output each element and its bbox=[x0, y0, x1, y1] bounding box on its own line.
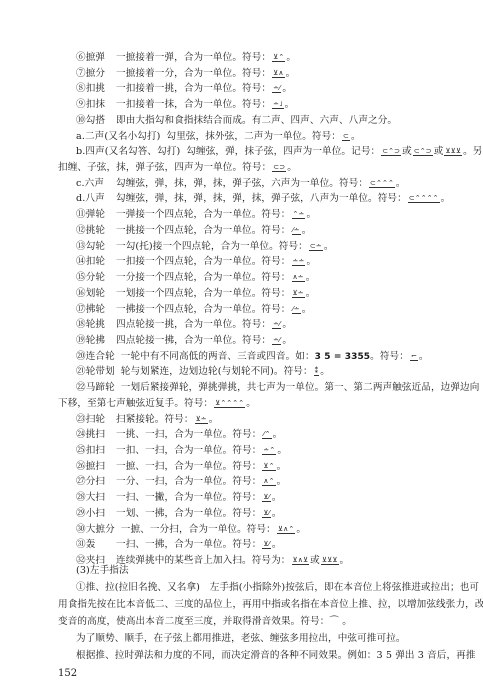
text-line: 变音的高度，使高出本音二度至三度，并取得滑音效果。符号：⌒ 。 bbox=[58, 616, 352, 628]
fingering-symbol-icon: ⊻∧⌃ bbox=[277, 525, 295, 534]
fingering-symbol-icon: ⊻⁄ bbox=[262, 540, 271, 549]
fingering-symbol-icon: ⊻⊻⊻ bbox=[321, 556, 339, 565]
fingering-symbol-icon: ⊻⌃⌃⌃⌃ bbox=[214, 399, 245, 408]
description-text: 一摭、一分扫，合为一单位。符号： bbox=[121, 524, 276, 535]
fingering-symbol-icon: ⌐ bbox=[410, 352, 418, 361]
text-line: 根据推、拉时弹法和力度的不同，而决定滑音的各种不同效果。例如：3 5 弹出 3 … bbox=[76, 650, 476, 662]
document-page: ⑥摭弹一摭接着一弹，合为一单位。符号：⊻⌃。⑦摭分一摭接着一分，合为一单位。符号… bbox=[0, 0, 483, 690]
punct: 。 bbox=[324, 241, 334, 252]
term-label: ㉙小扫 bbox=[76, 508, 110, 520]
punct: 。 bbox=[277, 461, 287, 472]
fingering-symbol-icon: ⁑ bbox=[314, 367, 320, 376]
punct: 。 bbox=[282, 83, 292, 94]
punct: 。 bbox=[286, 68, 296, 79]
text-line: ⑮分轮一分接一个四点轮，合为一单位。符号：∧∸。 bbox=[76, 272, 315, 284]
term-label: ㉕扣扫 bbox=[76, 445, 110, 457]
description-text: 勾里弦，抹外弦，二声为一单位。符号： bbox=[167, 131, 342, 142]
description-text: 一扣、一扫，合为一单位。符号： bbox=[116, 445, 261, 456]
text-line: ㉙小扫一划、一拂，合为一单位。符号：⊻⁄。 bbox=[76, 508, 282, 520]
fingering-symbol-icon: ⊻∸ bbox=[195, 415, 208, 424]
description-text: 一分、一扫，合为一单位。符号： bbox=[116, 476, 261, 487]
text-line: 扣缠、子弦，抹，弹子弦，四声为一单位。符号：⊂⊃。 bbox=[58, 162, 297, 174]
description-text: 扣缠、子弦，抹，弹子弦，四声为一单位。符号： bbox=[58, 162, 271, 173]
text-line: ㉔挑扫一挑、一扫，合为一单位。符号：⁄⌃。 bbox=[76, 429, 282, 441]
fingering-symbol-icon: ⊻⌃ bbox=[262, 462, 275, 471]
text-line: ⑰拂轮一拂接一个四点轮，合为一单位。符号：⁄∸。 bbox=[76, 304, 311, 316]
term-label: ㉖摭扫 bbox=[76, 461, 110, 473]
fingering-symbol-icon: ⁄∸ bbox=[292, 305, 301, 314]
punct: 。 bbox=[272, 492, 282, 503]
punct: 。 bbox=[306, 288, 316, 299]
punct: 。 bbox=[209, 414, 219, 425]
description-text: 勾缠弦，弹，抹，弹，抹，弹子弦，六声为一单位。符号： bbox=[116, 178, 368, 189]
fingering-symbol-icon: ∸⁄ bbox=[272, 84, 281, 93]
punct: 。另有 bbox=[463, 146, 483, 157]
text-line: ㉛轰一扫、一拂，合为一单位。符号：⊻⁄。 bbox=[76, 539, 282, 551]
description-text: 一挑接一个四点轮，合为一单位。符号： bbox=[116, 225, 291, 236]
fingering-symbol-icon: ⁄⌃ bbox=[262, 430, 271, 439]
punct: 。 bbox=[441, 193, 451, 204]
text-line: ㉚大摭分一摭、一分扫，合为一单位。符号：⊻∧⌃。 bbox=[76, 524, 306, 536]
punct: 。 bbox=[306, 256, 316, 267]
punct: 。 bbox=[277, 445, 287, 456]
term-label: ㉔挑扫 bbox=[76, 429, 110, 441]
term-label: ㉘大扫 bbox=[76, 492, 110, 504]
term-label: ⑭扣轮 bbox=[76, 256, 110, 268]
text-line: ㉖摭扫一摭、一扫，合为一单位。符号：⊻⌃。 bbox=[76, 461, 286, 473]
term-label: ⑫挑轮 bbox=[76, 225, 110, 237]
description-text: 一划、一拂，合为一单位。符号： bbox=[116, 508, 261, 519]
fingering-symbol-icon: ⊻⁄ bbox=[262, 493, 271, 502]
punct: 。 bbox=[282, 335, 292, 346]
term-label: ㉑轮带划 bbox=[76, 366, 115, 378]
punct: 或 bbox=[434, 146, 444, 157]
punct: 或 bbox=[310, 555, 320, 566]
term-label: ⑱轮挑 bbox=[76, 319, 110, 331]
fingering-symbol-icon: ⊂⌃⊃ bbox=[413, 147, 433, 156]
fingering-symbol-icon: ⊂ bbox=[342, 132, 350, 141]
text-line: 用食指先按在比本音低二、三度的品位上，再用中指或名指在本音位上推、拉，以增加弦线… bbox=[58, 599, 483, 611]
description-text: 一扫、一拂，合为一单位。符号： bbox=[116, 539, 261, 550]
fingering-symbol-icon: ⊻⊻⊻ bbox=[444, 147, 462, 156]
text-line: ㉗分扫一分、一扫，合为一单位。符号：∧⌃。 bbox=[76, 476, 286, 488]
fingering-symbol-icon: ∧∸ bbox=[292, 273, 305, 282]
punct: 。 bbox=[351, 131, 361, 142]
punct: 。 bbox=[320, 366, 330, 377]
fingering-symbol-icon: ∸⌃ bbox=[262, 446, 276, 455]
punct: 。 bbox=[296, 524, 306, 535]
term-label: ㉒马蹄轮 bbox=[76, 382, 115, 394]
term-label: d.八声 bbox=[76, 193, 110, 205]
term-label: ⑨扣抹 bbox=[76, 99, 110, 111]
text-line: c.六声勾缠弦，弹，抹，弹，抹，弹子弦，六声为一单位。符号：⊂⌃⌃⌃。 bbox=[76, 178, 406, 190]
text-line: ⑦摭分一摭接着一分，合为一单位。符号：⊻∧。 bbox=[76, 68, 295, 80]
description-text: 勾缠弦，弹，抹，弹，抹，弹，抹，弹子弦，八声为一单位。符号： bbox=[116, 193, 407, 204]
description-text: 一挑、一扫，合为一单位。符号： bbox=[116, 429, 261, 440]
fingering-symbol-icon: ⊂∸ bbox=[309, 242, 323, 251]
punct: 。 bbox=[273, 429, 283, 440]
term-label: b.四声(又名勾答、勾打) bbox=[76, 146, 180, 158]
punct: 。符号： bbox=[370, 351, 409, 362]
description-text: 一扫、一撇，合为一单位。符号： bbox=[116, 492, 261, 503]
punct: 。 bbox=[340, 555, 350, 566]
term-label: ⑰拂轮 bbox=[76, 304, 110, 316]
text-line: ⑩勾搭即由大指勾和食指抹结合而成。有二声、四声、六声、八声之分。 bbox=[76, 115, 397, 127]
term-label: ㉓扫轮 bbox=[76, 414, 110, 426]
term-label: ⑩勾搭 bbox=[76, 115, 110, 127]
description-text: 一摭、一扫，合为一单位。符号： bbox=[116, 461, 261, 472]
description-text: 连续弹挑中的某些音上加入扫。符号为： bbox=[116, 555, 291, 566]
fingering-symbol-icon: ⊻⁄ bbox=[262, 509, 271, 518]
fingering-symbol-icon: ⊻⌃ bbox=[272, 53, 285, 62]
term-label: ⑮分轮 bbox=[76, 272, 110, 284]
fingering-symbol-icon: ∸˩ bbox=[272, 100, 284, 109]
text-line: b.四声(又名勾答、勾打)勾缠弦，弹，抹子弦，四声为一单位。记号：⊂⌃⊃或⊂⌃⊃… bbox=[76, 146, 483, 158]
punct: 。 bbox=[246, 398, 256, 409]
fingering-symbol-icon: ∸⁄ bbox=[272, 320, 281, 329]
text-line: 下移，至第七声触弦近复手。符号：⊻⌃⌃⌃⌃。 bbox=[58, 398, 256, 410]
fingering-symbol-icon: ⊻∸ bbox=[292, 289, 305, 298]
term-label: ⑧扣挑 bbox=[76, 83, 110, 95]
description-text: 一轮中有不同高低的两音、三音或四音。如： bbox=[121, 351, 315, 362]
description-text: 一划后紧接弹轮，弹挑弹挑，共七声为一单位。第一、第二两声触弦近品，边弹边向 bbox=[121, 382, 480, 393]
term-label: c.六声 bbox=[76, 178, 110, 190]
text-line: ⑱轮挑四点轮接一挑，合为一单位。符号：∸⁄。 bbox=[76, 319, 292, 331]
punct: 。 bbox=[285, 99, 295, 110]
text-line: ㉒马蹄轮一划后紧接弹轮，弹挑弹挑，共七声为一单位。第一、第二两声触弦近品，边弹边… bbox=[76, 382, 479, 394]
fingering-symbol-icon: ⌃∸ bbox=[292, 210, 306, 219]
text-line: ㉓扫轮扫紧接轮。符号：⊻∸。 bbox=[76, 414, 218, 426]
fingering-symbol-icon: ⊂⌃⌃⌃ bbox=[369, 179, 395, 188]
text-line: ⑭扣轮一扣接一个四点轮，合为一单位。符号：∸∸。 bbox=[76, 256, 316, 268]
term-label: ⑥摭弹 bbox=[76, 52, 110, 64]
punct: 。 bbox=[419, 351, 429, 362]
description-text: 一勾(托)接一个四点轮，合为一单位。符号： bbox=[116, 241, 308, 252]
fingering-symbol-icon: ⁄∸ bbox=[292, 226, 301, 235]
text-line: ⑥摭弹一摭接着一弹，合为一单位。符号：⊻⌃。 bbox=[76, 52, 296, 64]
punct: 。 bbox=[396, 178, 406, 189]
text-line: a.二声(又名小勾打)勾里弦，抹外弦，二声为一单位。符号：⊂。 bbox=[76, 131, 361, 143]
fingering-symbol-icon: ⊻∧⊻ bbox=[292, 556, 310, 565]
description-text: 即由大指勾和食指抹结合而成。有二声、四声、六声、八声之分。 bbox=[116, 115, 397, 126]
term-label: ㉗分扫 bbox=[76, 476, 110, 488]
punct: 。 bbox=[277, 476, 287, 487]
text-line: ①推、拉(拉旧名挽、又名拿) 左手指(小指除外)按弦后，即在本音位上将弦推进或拉… bbox=[76, 582, 479, 594]
text-line: ⑲轮拂四点轮接一拂，合为一单位。符号：∸⁄。 bbox=[76, 335, 292, 347]
fingering-symbol-icon: ⊻∧ bbox=[272, 69, 284, 78]
text-line: ⑯划轮一划接一个四点轮，合为一单位。符号：⊻∸。 bbox=[76, 288, 315, 300]
fingering-symbol-icon: ∸∸ bbox=[292, 257, 306, 266]
text-line: ⑬勾轮一勾(托)接一个四点轮，合为一单位。符号：⊂∸。 bbox=[76, 241, 334, 253]
description-text: 一扣接一个四点轮，合为一单位。符号： bbox=[116, 256, 291, 267]
punct: 。 bbox=[306, 272, 316, 283]
fingering-symbol-icon: ⊂⊃ bbox=[272, 163, 286, 172]
term-label: ⑲轮拂 bbox=[76, 335, 110, 347]
term-label: a.二声(又名小勾打) bbox=[76, 131, 161, 143]
term-label: ㉚大摭分 bbox=[76, 524, 115, 536]
description-text: 一摭接着一弹，合为一单位。符号： bbox=[116, 52, 271, 63]
text-line: ㉑轮带划轮与划紧连，边划边轮(与划轮不同)。符号：⁑。 bbox=[76, 366, 330, 378]
description-text: 一扣接着一挑，合为一单位。符号： bbox=[116, 83, 271, 94]
text-line: ⑳连合轮一轮中有不同高低的两音、三音或四音。如：3 5 = 3355。符号：⌐。 bbox=[76, 351, 429, 363]
text-line: ㉕扣扫一扣、一扫，合为一单位。符号：∸⌃。 bbox=[76, 445, 287, 457]
punct: 。 bbox=[287, 162, 297, 173]
term-label: ⑬勾轮 bbox=[76, 241, 110, 253]
punct: 。 bbox=[272, 508, 282, 519]
term-label: ⑦摭分 bbox=[76, 68, 110, 80]
section-heading: (3)左手指法 bbox=[76, 565, 129, 577]
description-text: 一拂接一个四点轮，合为一单位。符号： bbox=[116, 304, 291, 315]
text-line: ⑨扣抹一扣接着一抹，合为一单位。符号：∸˩。 bbox=[76, 99, 294, 111]
description-text: 一划接一个四点轮，合为一单位。符号： bbox=[116, 288, 291, 299]
punct: 。 bbox=[302, 225, 312, 236]
description-text: 一扣接着一抹，合为一单位。符号： bbox=[116, 99, 271, 110]
punct: 。 bbox=[286, 52, 296, 63]
term-label: ⑳连合轮 bbox=[76, 351, 115, 363]
description-text: 勾缠弦，弹，抹子弦，四声为一单位。记号： bbox=[186, 146, 380, 157]
description-text: 轮与划紧连，边划边轮(与划轮不同)。符号： bbox=[121, 366, 313, 377]
description-text: 一分接一个四点轮，合为一单位。符号： bbox=[116, 272, 291, 283]
term-label: ㉛轰 bbox=[76, 539, 110, 551]
page-number: 152 bbox=[58, 668, 77, 679]
punct: 。 bbox=[302, 304, 312, 315]
fingering-symbol-icon: ⊂⌃⊃ bbox=[381, 147, 401, 156]
description-text: 扫紧接轮。符号： bbox=[116, 414, 194, 425]
text-line: ⑪弹轮一弹接一个四点轮，合为一单位。符号：⌃∸。 bbox=[76, 209, 316, 221]
term-label: ⑪弹轮 bbox=[76, 209, 110, 221]
description-text: 一摭接着一分，合为一单位。符号： bbox=[116, 68, 271, 79]
punct: 。 bbox=[272, 539, 282, 550]
notation-example: 3 5 = 3355 bbox=[315, 352, 371, 362]
term-label: ⑯划轮 bbox=[76, 288, 110, 300]
text-line: 为了顺势、顺手，在子弦上都用推进，老弦、缠弦多用拉出，中弦可推可拉。 bbox=[76, 633, 406, 645]
text-line: ㉘大扫一扫、一撇，合为一单位。符号：⊻⁄。 bbox=[76, 492, 282, 504]
punct: 或 bbox=[402, 146, 412, 157]
text-line: ⑧扣挑一扣接着一挑，合为一单位。符号：∸⁄。 bbox=[76, 83, 292, 95]
punct: 。 bbox=[282, 319, 292, 330]
fingering-symbol-icon: ∸⁄ bbox=[272, 336, 281, 345]
fingering-symbol-icon: ⊂⌃⌃⌃⌃ bbox=[408, 194, 440, 203]
description-text: 四点轮接一拂，合为一单位。符号： bbox=[116, 335, 271, 346]
text-line: ⑫挑轮一挑接一个四点轮，合为一单位。符号：⁄∸。 bbox=[76, 225, 311, 237]
description-text: 一弹接一个四点轮，合为一单位。符号： bbox=[116, 209, 291, 220]
text-line: d.八声勾缠弦，弹，抹，弹，抹，弹，抹，弹子弦，八声为一单位。符号：⊂⌃⌃⌃⌃。 bbox=[76, 193, 450, 205]
punct: 。 bbox=[306, 209, 316, 220]
fingering-symbol-icon: ∧⌃ bbox=[262, 477, 275, 486]
description-text: 下移，至第七声触弦近复手。符号： bbox=[58, 398, 213, 409]
description-text: 四点轮接一挑，合为一单位。符号： bbox=[116, 319, 271, 330]
